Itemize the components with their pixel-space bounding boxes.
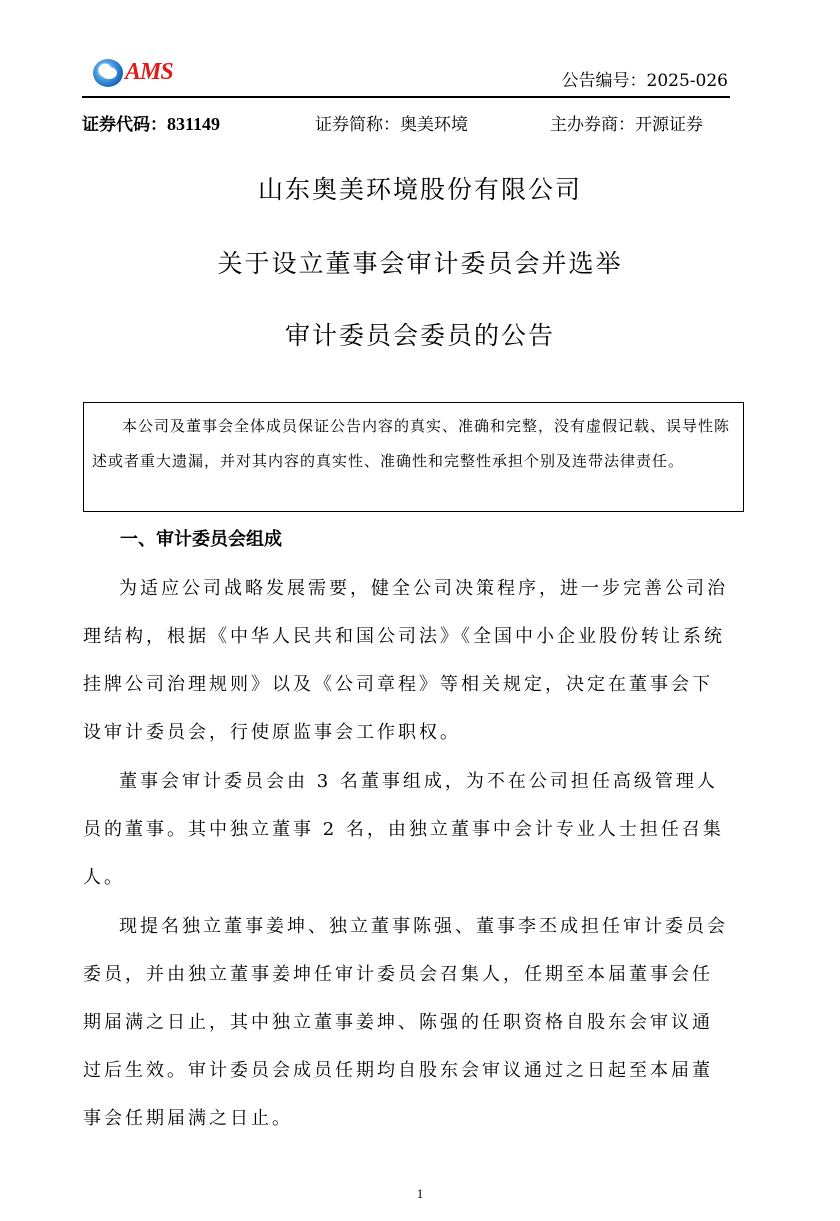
paragraph-3: 现提名独立董事姜坤、独立董事陈强、董事李丕成担任审计委员会委员，并由独立董事姜坤… [83, 903, 733, 1143]
sponsor-broker: 主办券商：开源证券 [550, 110, 703, 135]
section-heading: 一、审计委员会组成 [120, 525, 282, 551]
announcement-title-line-3: 审计委员会委员的公告 [0, 316, 840, 352]
logo-text: AMS [125, 59, 173, 86]
company-name-title: 山东奥美环境股份有限公司 [0, 170, 840, 206]
security-code-label: 证券代码： [82, 115, 167, 135]
paragraph-1: 为适应公司战略发展需要，健全公司决策程序，进一步完善公司治理结构，根据《中华人民… [83, 565, 733, 757]
disclaimer-text: 本公司及董事会全体成员保证公告内容的真实、准确和完整，没有虚假记载、误导性陈述或… [92, 409, 735, 479]
announcement-number: 公告编号：2025-026 [562, 66, 728, 91]
announcement-title-line-2: 关于设立董事会审计委员会并选举 [0, 244, 840, 280]
security-abbreviation: 证券简称：奥美环境 [315, 110, 468, 135]
security-code-value: 831149 [167, 114, 220, 134]
logo-orb-icon [93, 59, 123, 87]
paragraph-2: 董事会审计委员会由 3 名董事组成，为不在公司担任高级管理人员的董事。其中独立董… [83, 758, 733, 902]
security-code: 证券代码：831149 [82, 110, 220, 135]
disclaimer-box: 本公司及董事会全体成员保证公告内容的真实、准确和完整，没有虚假记载、误导性陈述或… [83, 402, 744, 512]
company-logo: AMS [93, 57, 183, 89]
header-divider [82, 96, 730, 98]
page-number: 1 [0, 1186, 840, 1202]
